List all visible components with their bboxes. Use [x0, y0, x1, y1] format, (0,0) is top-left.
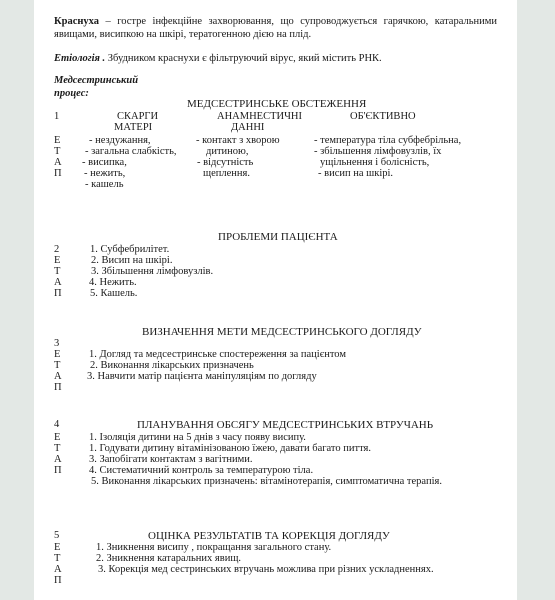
section2-title: ПРОБЛЕМИ ПАЦІЄНТА — [218, 231, 338, 243]
section4-title: ПЛАНУВАННЯ ОБСЯГУ МЕДСЕСТРИНСЬКИХ ВТРУЧА… — [137, 419, 433, 431]
definition-text: – гостре інфекційне захворювання, що суп… — [54, 16, 497, 40]
etiology-paragraph: Етіологія . Збудником краснухи є фільтру… — [54, 53, 382, 65]
col1-header-line2: МАТЕРІ — [114, 122, 152, 134]
problem-item: 5. Кашель. — [90, 288, 137, 300]
intervention-item: 5. Виконання лікарських призначень: віта… — [91, 476, 442, 488]
stage-letter: П — [54, 382, 62, 394]
objective-item: - висип на шкірі. — [318, 168, 393, 180]
section1-number: 1 — [54, 111, 59, 123]
process-label-line1: Медсестринський — [54, 75, 138, 87]
section5-title: ОЦІНКА РЕЗУЛЬТАТІВ ТА КОРЕКЦІЯ ДОГЛЯДУ — [148, 530, 390, 542]
section1-title: МЕДСЕСТРИНСЬКЕ ОБСТЕЖЕННЯ — [187, 98, 366, 110]
stage-letter: П — [54, 465, 62, 477]
etiology-label: Етіологія . — [54, 53, 105, 64]
evaluation-item: 3. Корекція мед сестринських втручань мо… — [98, 564, 434, 576]
document-page: Краснуха – гостре інфекційне захворюванн… — [34, 0, 517, 600]
col2-header-line2: ДАННІ — [231, 122, 264, 134]
process-label-line2: процес: — [54, 88, 89, 100]
etiology-text: Збудником краснухи є фільтруючий вірус, … — [105, 53, 382, 64]
stage-letter: П — [54, 168, 62, 180]
section5-number: 5 — [54, 530, 59, 542]
goal-item: 3. Навчити матір пацієнта маніпуляціям п… — [87, 371, 317, 383]
stage-letter: П — [54, 288, 62, 300]
section4-number: 4 — [54, 419, 59, 431]
stage-letter: П — [54, 575, 62, 587]
term: Краснуха — [54, 16, 99, 27]
definition-paragraph: Краснуха – гостре інфекційне захворюванн… — [54, 15, 497, 41]
history-item: щеплення. — [203, 168, 250, 180]
section3-title: ВИЗНАЧЕННЯ МЕТИ МЕДСЕСТРИНСЬКОГО ДОГЛЯДУ — [142, 326, 422, 338]
complaint-item: - кашель — [85, 179, 124, 191]
col3-header: ОБ'ЄКТИВНО — [350, 111, 416, 123]
